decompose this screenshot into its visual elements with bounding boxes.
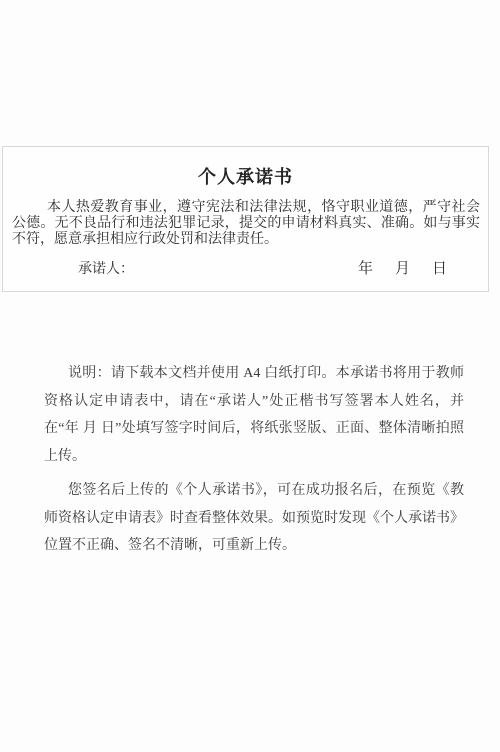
instructions-paragraph-1: 说明：请下载本文档并使用 A4 白纸打印。本承诺书将用于教师资格认定申请表中，请… [44, 360, 464, 470]
instructions-section: 说明：请下载本文档并使用 A4 白纸打印。本承诺书将用于教师资格认定申请表中，请… [44, 360, 464, 560]
date-day-label: 日 [432, 261, 447, 277]
document-page: 个人承诺书 本人热爱教育事业，遵守宪法和法律法规，恪守职业道德，严守社会公德。无… [0, 0, 500, 752]
promise-letter-box: 个人承诺书 本人热爱教育事业，遵守宪法和法律法规，恪守职业道德，严守社会公德。无… [2, 146, 489, 292]
instructions-paragraph-2: 您签名后上传的《个人承诺书》，可在成功报名后，在预览《教师资格认定申请表》时查看… [44, 477, 464, 560]
date-month-label: 月 [395, 261, 410, 277]
promise-letter-body: 本人热爱教育事业，遵守宪法和法律法规，恪守职业道德，严守社会公德。无不良品行和违… [12, 200, 480, 248]
signer-label: 承诺人： [78, 262, 134, 278]
date-fields: 年 月 日 [358, 261, 447, 277]
date-year-label: 年 [358, 261, 373, 277]
signature-row: 承诺人： 年 月 日 [78, 261, 447, 278]
promise-letter-title: 个人承诺书 [3, 147, 488, 186]
